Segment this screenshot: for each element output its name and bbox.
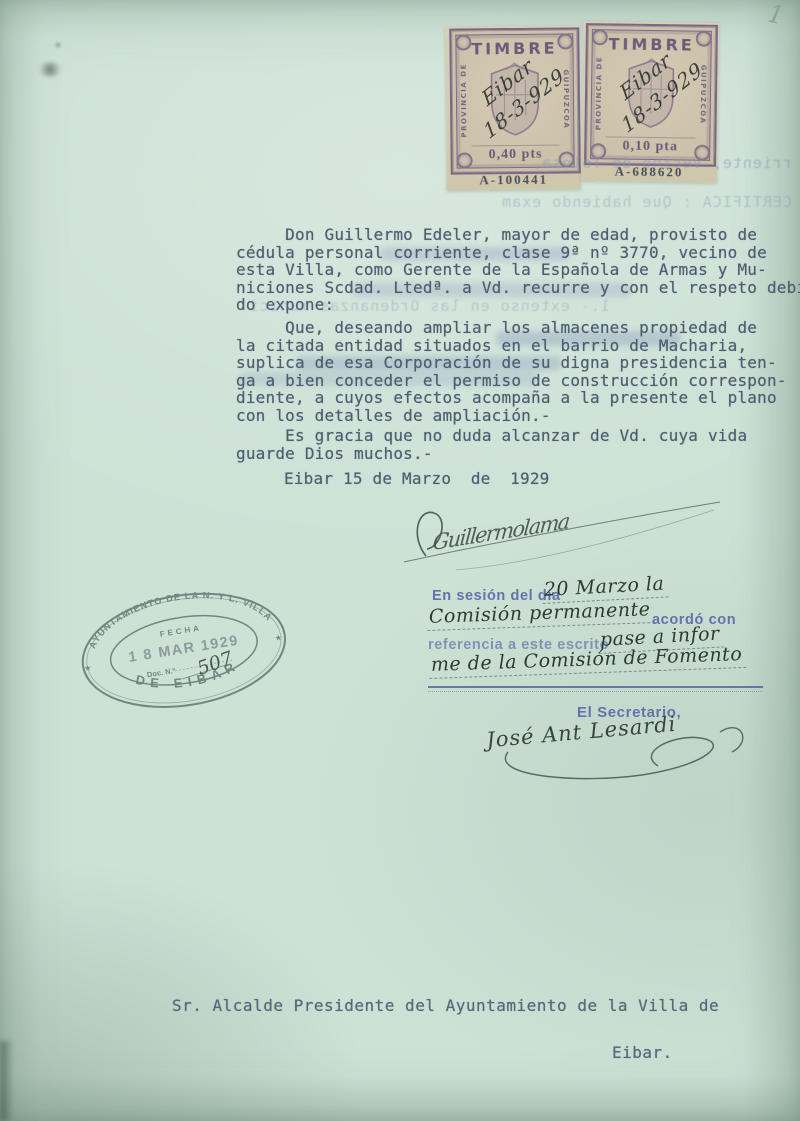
footer-addressee: Sr. Alcalde Presidente del Ayuntamiento … bbox=[172, 997, 719, 1015]
fecha-label: FECHA bbox=[159, 623, 202, 639]
footer-city: Eibar. bbox=[612, 1044, 673, 1062]
bleedthrough-text: rriente, vecino de Tolosa, bbox=[492, 154, 792, 172]
body-paragraph-3: Es gracia que no duda alcanzar de Vd. cu… bbox=[236, 427, 747, 462]
page-edge-shadow bbox=[0, 1041, 14, 1121]
municipal-oval-stamp: AYUNTAMIENTO DE LA N. Y L. VILLA DE EIBA… bbox=[64, 571, 309, 731]
star-icon: ★ bbox=[274, 630, 283, 644]
body-paragraph-1: Don Guillermo Edeler, mayor de edad, pro… bbox=[236, 226, 800, 314]
page-number: 1 bbox=[765, 0, 787, 30]
bleedthrough-text: CERTIFICA : Que habiendo exami bbox=[500, 193, 792, 211]
body-paragraph-2: Que, deseando ampliar los almacenes prop… bbox=[236, 319, 787, 424]
ink-smudge bbox=[36, 62, 64, 77]
svg-text:AYUNTAMIENTO DE LA N. Y L. VIL: AYUNTAMIENTO DE LA N. Y L. VILLA bbox=[81, 578, 275, 652]
annotation-rule bbox=[428, 686, 763, 692]
ink-dot bbox=[54, 42, 62, 48]
document-page: 1 A-100441 TIMBRE PROVINCIA DE GUIPUZCOA… bbox=[0, 0, 800, 1121]
dateline: Eibar 15 de Marzo de 1929 bbox=[284, 470, 550, 488]
star-icon: ★ bbox=[83, 660, 92, 674]
secretary-signature: José Ant Lesardi bbox=[468, 712, 778, 784]
rosette-icon bbox=[457, 152, 473, 168]
applicant-signature: Guillermolama bbox=[396, 492, 726, 577]
oval-stamp-top-text: AYUNTAMIENTO DE LA N. Y L. VILLA bbox=[81, 578, 275, 652]
